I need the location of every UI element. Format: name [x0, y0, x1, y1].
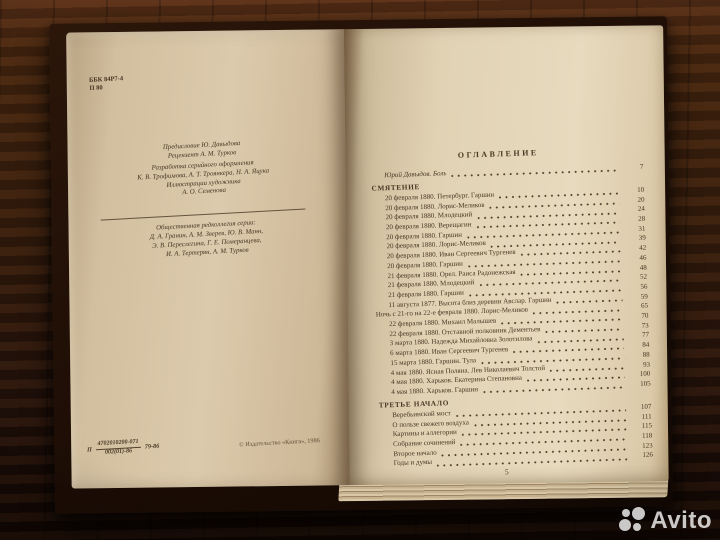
bbk-classification-code: ББК 84Р7-4П 80 — [89, 75, 124, 93]
publisher-copyright: © Издательство «Книга», 1986 — [239, 437, 320, 448]
book: ББК 84Р7-4П 80 Предисловие Ю. ДавыдоваРе… — [49, 16, 673, 514]
toc-entry-title: Годы и думы — [393, 458, 432, 469]
watermark-label: Avito — [650, 507, 712, 534]
dot-leader — [451, 170, 618, 178]
photo-of-open-book: ББК 84Р7-4П 80 Предисловие Ю. ДавыдоваРе… — [0, 0, 720, 540]
right-page-content: ОГЛАВЛЕНИЕ Юрий Давыдов. Боль7СМЯТЕНИЕ20… — [339, 22, 673, 488]
right-page: ОГЛАВЛЕНИЕ Юрий Давыдов. Боль7СМЯТЕНИЕ20… — [344, 25, 669, 485]
toc-entry-title: Юрий Давыдов. Боль — [384, 169, 447, 181]
toc-list: Юрий Давыдов. Боль7СМЯТЕНИЕ20 февраля 18… — [371, 163, 653, 470]
left-page-content: ББК 84Р7-4П 80 Предисловие Ю. ДавыдоваРе… — [57, 24, 359, 494]
catalog-denominator: 002(01)-86 — [96, 447, 141, 457]
catalog-code: П 4702010200-071 002(01)-86 79-86 — [87, 438, 160, 458]
left-page: ББК 84Р7-4П 80 Предисловие Ю. ДавыдоваРе… — [66, 29, 349, 488]
toc-page-number: 105 — [630, 379, 650, 389]
dot-leader — [483, 387, 626, 394]
page-spread: ББК 84Р7-4П 80 Предисловие Ю. ДавыдоваРе… — [66, 25, 669, 488]
toc-page-number: 126 — [632, 451, 652, 461]
toc-heading: ОГЛАВЛЕНИЕ — [343, 144, 653, 163]
text-line: П 80 — [89, 83, 123, 93]
avito-logo-icon — [619, 507, 647, 534]
toc-page-number: 7 — [623, 163, 643, 173]
editorial-board-block: Общественная редколлегия серии:Д. А. Гра… — [77, 214, 336, 264]
catalog-prefix: П — [87, 446, 92, 453]
catalog-fraction: 4702010200-071 002(01)-86 — [95, 439, 141, 457]
avito-watermark: Avito — [619, 507, 712, 534]
catalog-suffix: 79-86 — [145, 442, 160, 450]
toc-entry-title: 4 мая 1880. Харьков. Гаршин — [391, 385, 478, 398]
